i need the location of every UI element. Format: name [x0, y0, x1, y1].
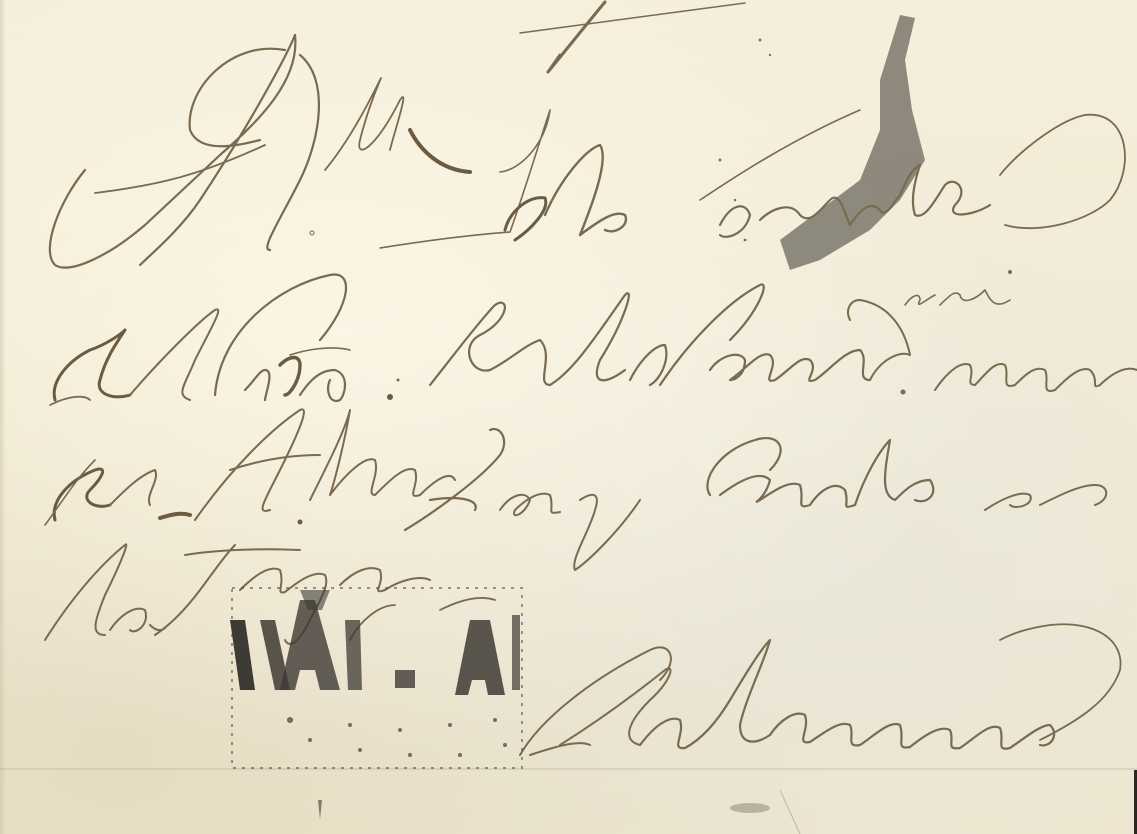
- letter-cover: A D.n Pedro Gonzalez Del Cam.o en la Con…: [0, 0, 1137, 834]
- ink-smudge: [719, 15, 926, 270]
- address-line-2: [50, 270, 1137, 405]
- address-line-5: [520, 624, 1121, 755]
- handwriting-layer: [0, 0, 1137, 834]
- top-mark: [520, 2, 745, 72]
- bottom-smudge: [730, 790, 800, 834]
- address-line-3: [45, 409, 1106, 570]
- postmark-stamp: [230, 588, 522, 820]
- address-line-1: [50, 35, 1125, 268]
